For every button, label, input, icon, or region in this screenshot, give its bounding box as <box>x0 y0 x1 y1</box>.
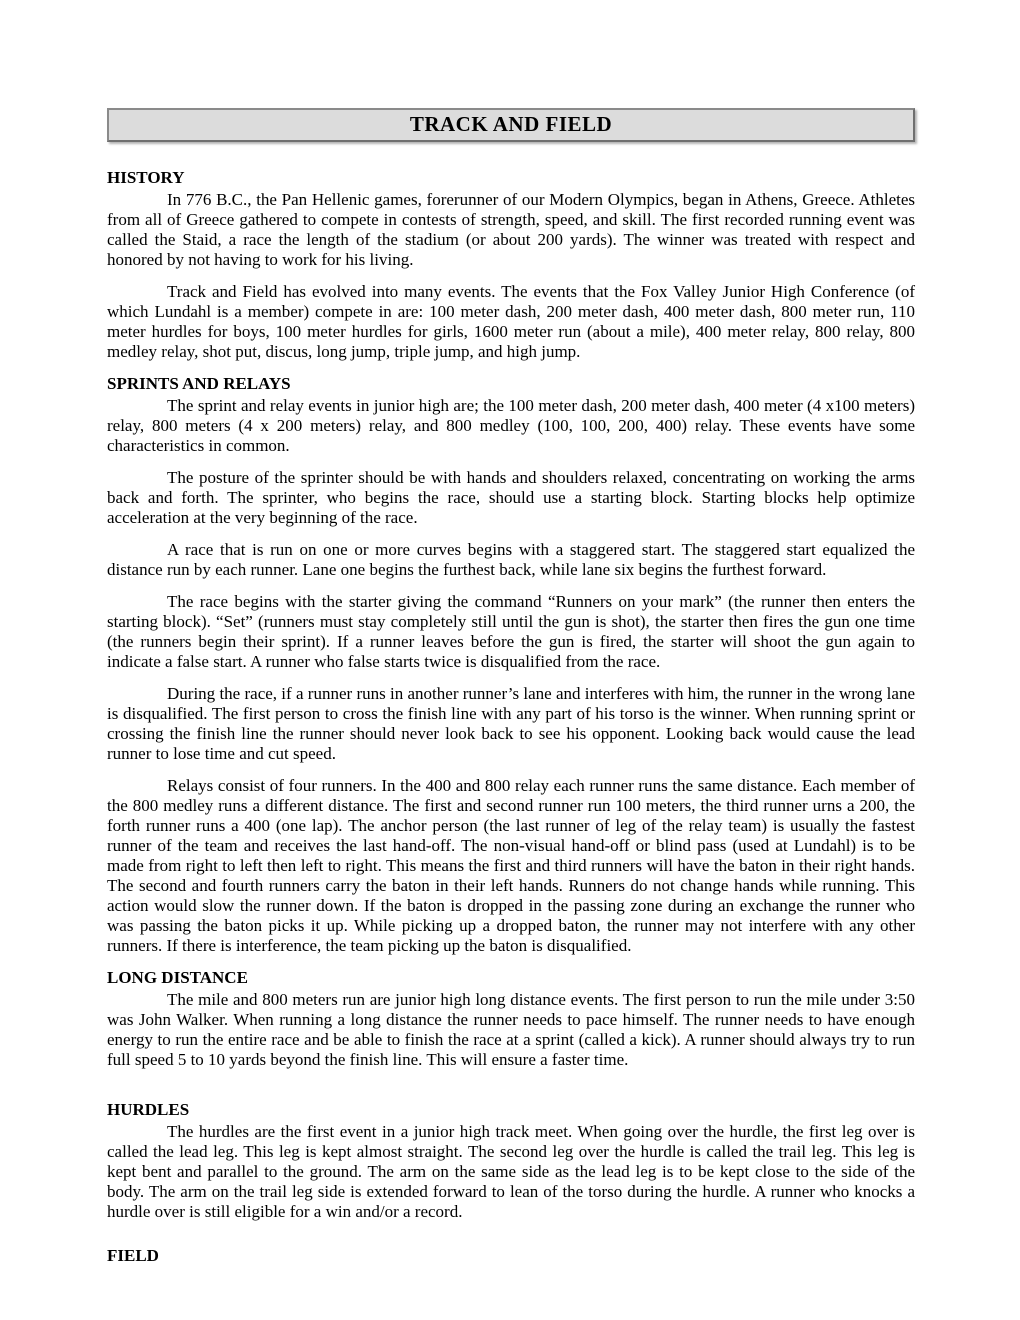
section-heading-hurdles: HURDLES <box>107 1100 915 1120</box>
paragraph: The sprint and relay events in junior hi… <box>107 396 915 456</box>
paragraph: The hurdles are the first event in a jun… <box>107 1122 915 1222</box>
section-sprints-and-relays: SPRINTS AND RELAYS The sprint and relay … <box>107 374 915 956</box>
paragraph: Track and Field has evolved into many ev… <box>107 282 915 362</box>
paragraph: The mile and 800 meters run are junior h… <box>107 990 915 1070</box>
document-page: TRACK AND FIELD HISTORY In 776 B.C., the… <box>0 0 1020 1320</box>
paragraph: Relays consist of four runners. In the 4… <box>107 776 915 956</box>
paragraph: A race that is run on one or more curves… <box>107 540 915 580</box>
section-hurdles: HURDLES The hurdles are the first event … <box>107 1100 915 1222</box>
document-title-bar: TRACK AND FIELD <box>107 108 915 142</box>
document-title: TRACK AND FIELD <box>109 112 913 136</box>
section-field: FIELD <box>107 1246 915 1266</box>
paragraph: The posture of the sprinter should be wi… <box>107 468 915 528</box>
section-history: HISTORY In 776 B.C., the Pan Hellenic ga… <box>107 168 915 362</box>
section-long-distance: LONG DISTANCE The mile and 800 meters ru… <box>107 968 915 1070</box>
section-heading-history: HISTORY <box>107 168 915 188</box>
section-heading-long-distance: LONG DISTANCE <box>107 968 915 988</box>
paragraph: During the race, if a runner runs in ano… <box>107 684 915 764</box>
paragraph: The race begins with the starter giving … <box>107 592 915 672</box>
section-heading-field: FIELD <box>107 1246 915 1266</box>
paragraph: In 776 B.C., the Pan Hellenic games, for… <box>107 190 915 270</box>
section-heading-sprints-and-relays: SPRINTS AND RELAYS <box>107 374 915 394</box>
